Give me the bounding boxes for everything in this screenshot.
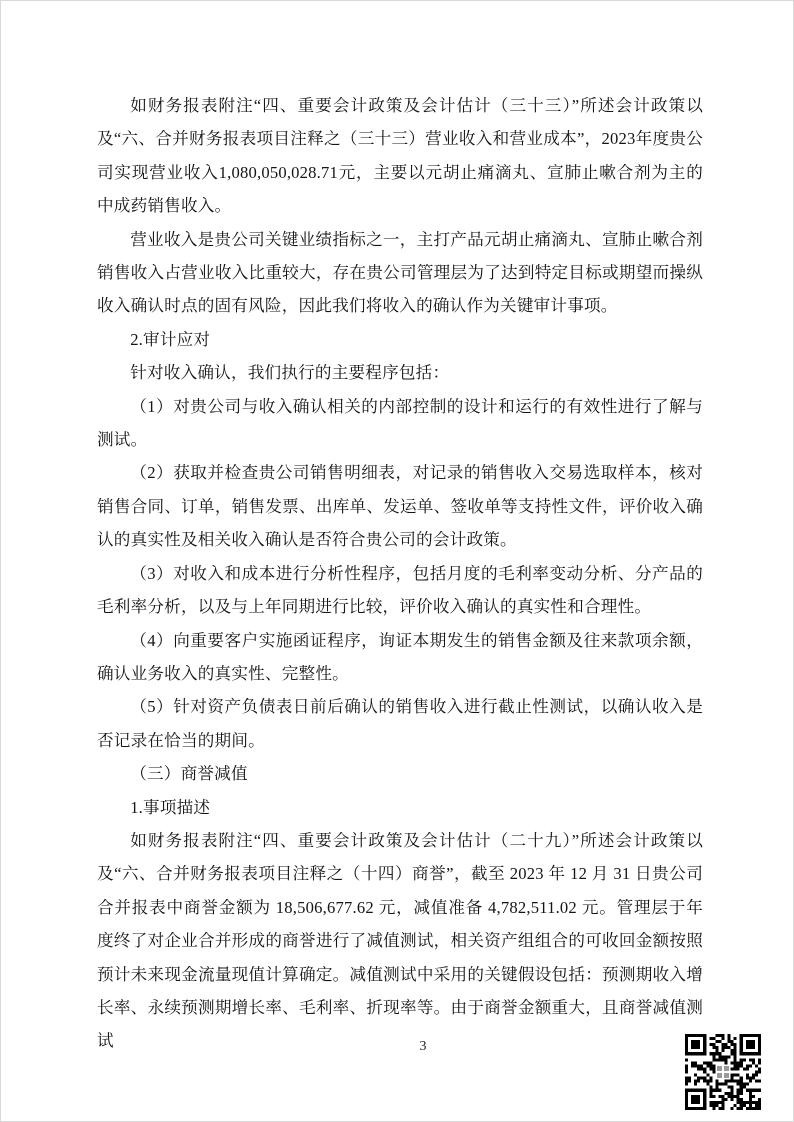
- qr-code-icon: [685, 1034, 761, 1110]
- paragraph: 如财务报表附注“四、重要会计政策及会计估计（二十九）”所述会计政策以及“六、合并…: [97, 824, 703, 1058]
- document-page: 如财务报表附注“四、重要会计政策及会计估计（三十三）”所述会计政策以及“六、合并…: [0, 0, 794, 1122]
- paragraph: （1）对贵公司与收入确认相关的内部控制的设计和运行的有效性进行了解与测试。: [97, 390, 703, 457]
- section-heading: 2.审计应对: [97, 323, 703, 356]
- paragraph: （5）针对资产负债表日前后确认的销售收入进行截止性测试，以确认收入是否记录在恰当…: [97, 690, 703, 757]
- paragraph: （2）获取并检查贵公司销售明细表，对记录的销售收入交易选取样本，核对销售合同、订…: [97, 456, 703, 556]
- paragraph: （3）对收入和成本进行分析性程序，包括月度的毛利率变动分析、分产品的毛利率分析，…: [97, 557, 703, 624]
- page-number: 3: [1, 1039, 794, 1055]
- section-heading: （三）商誉减值: [97, 757, 703, 790]
- paragraph: 营业收入是贵公司关键业绩指标之一，主打产品元胡止痛滴丸、宣肺止嗽合剂销售收入占营…: [97, 223, 703, 323]
- paragraph: 如财务报表附注“四、重要会计政策及会计估计（三十三）”所述会计政策以及“六、合并…: [97, 89, 703, 223]
- paragraph: （4）向重要客户实施函证程序，询证本期发生的销售金额及往来款项余额，确认业务收入…: [97, 624, 703, 691]
- section-heading: 1.事项描述: [97, 791, 703, 824]
- document-body: 如财务报表附注“四、重要会计政策及会计估计（三十三）”所述会计政策以及“六、合并…: [97, 89, 703, 1058]
- paragraph: 针对收入确认，我们执行的主要程序包括：: [97, 356, 703, 389]
